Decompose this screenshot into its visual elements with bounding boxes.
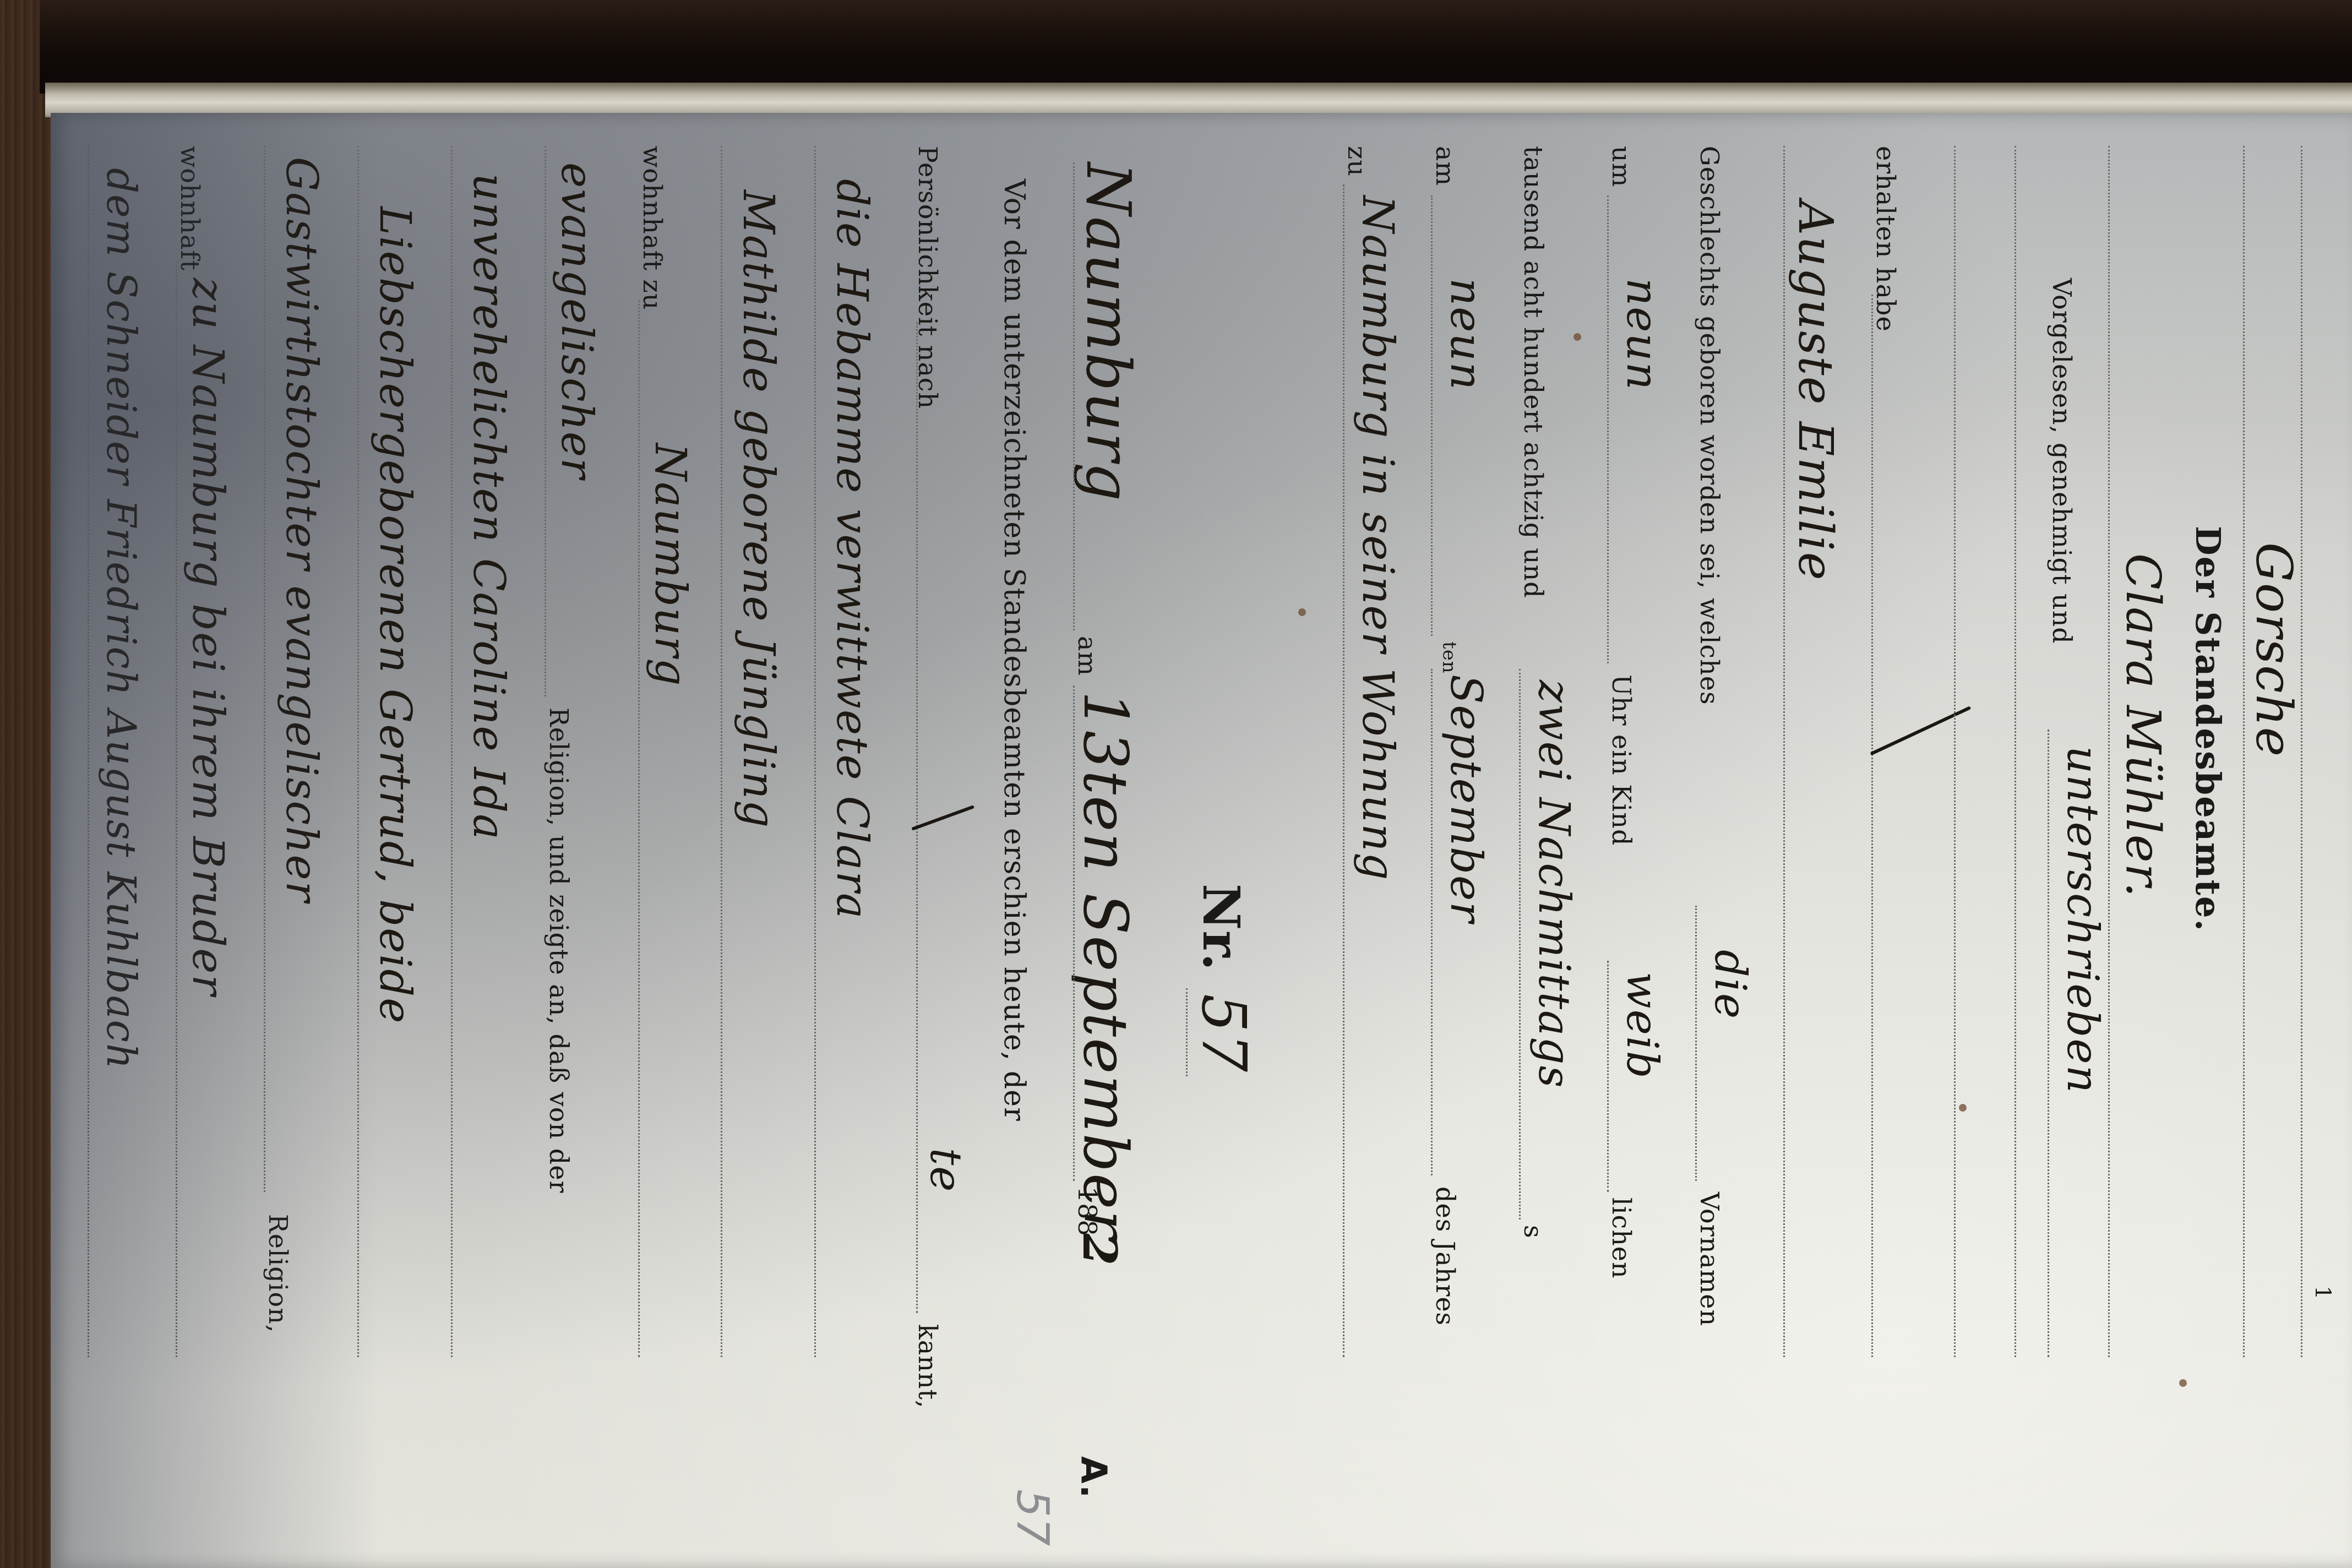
identity-suffix-hand: te	[921, 1148, 970, 1193]
mother-occupation-dotline	[264, 146, 265, 1192]
mother-occupation: Gastwirthstochter evangelischer	[276, 157, 326, 903]
birthplace-dotline	[1343, 184, 1344, 1357]
blank-cancel-stroke	[1870, 706, 1971, 755]
names-mid: die	[1705, 950, 1755, 1020]
year-words-dotline	[1519, 669, 1521, 1219]
des-jahres-label: des Jahres	[1430, 1186, 1460, 1326]
mother-dotline-2	[357, 146, 359, 1357]
book-binding-shadow	[40, 0, 2352, 94]
foxing-spot	[1574, 333, 1581, 341]
place-value: Naumburg	[1073, 162, 1144, 502]
birth-month-dotline	[1431, 669, 1433, 1175]
informant-line-1: die Hebamme verwittwete Clara	[827, 179, 876, 919]
received-label: erhalten habe	[1871, 146, 1901, 332]
mother-residence-dotline	[176, 262, 177, 1357]
birth-day-dotline	[1431, 195, 1433, 636]
mother-religion-label: Religion,	[263, 1214, 293, 1333]
sex-dotline	[1607, 961, 1609, 1192]
birthplace-value: Naumburg in seiner Wohnung	[1353, 195, 1402, 881]
date-am-label: am	[1072, 636, 1102, 676]
informant-signature-dotline	[2108, 146, 2110, 1357]
birth-month-value: September	[1441, 674, 1490, 923]
registrar-signature-dotline	[2243, 146, 2245, 1357]
informant-dotline-2	[721, 146, 722, 1357]
identity-blank-stroke	[911, 805, 974, 831]
year-words-label: tausend acht hundert achtzig und	[1518, 146, 1548, 598]
entry-number-value: 57	[1189, 994, 1259, 1073]
received-dotline	[1871, 295, 1873, 1357]
place-dotline	[1073, 162, 1075, 630]
names-label: Vornamen	[1695, 1192, 1724, 1326]
registrar-signature: Gorsche	[2245, 542, 2302, 758]
entry-number-prefix: Nr.	[1191, 884, 1251, 971]
birth-am-label: am	[1430, 146, 1460, 186]
year-words-value: zwei Nachmittags	[1529, 680, 1578, 1089]
foxing-spot	[1298, 608, 1306, 616]
entry-number-dotline	[1186, 988, 1188, 1076]
lower-form-area: zu Naumburg in seiner Wohnung am neun te…	[1251, 113, 2352, 1568]
religion-label: Religion, und zeigte an, daß von der	[544, 707, 574, 1193]
religion-dotline	[545, 146, 546, 696]
residence-dotline	[638, 300, 640, 1357]
read-approved-dotline	[2048, 729, 2049, 1357]
read-approved-value: unterschrieben	[2057, 746, 2107, 1094]
birth-hour-value: neun	[1617, 278, 1667, 391]
registrar-title: Der Standesbeamte.	[2188, 526, 2228, 932]
names-mid-dotline	[1695, 906, 1697, 1181]
page-edge-stack	[45, 83, 2352, 117]
photo-stage: A. 57 Nr. 57 Naumburg am 13ten September…	[0, 0, 2352, 1568]
residence-value: Naumburg	[645, 443, 695, 687]
residence-label: wohnhaft zu	[638, 146, 667, 310]
page-number: 1	[2310, 1286, 2335, 1300]
informant-signature: Clara Mühler.	[2115, 553, 2170, 899]
hour-um-label: um	[1607, 146, 1636, 187]
identity-suffix-print: kannt,	[913, 1324, 943, 1409]
birthplace-label: zu	[1342, 146, 1372, 177]
sex-suffix: lichen	[1607, 1197, 1636, 1279]
read-approved-label: Vorgelesen, genehmigt und	[2047, 278, 2077, 644]
birth-day-value: neun	[1441, 278, 1490, 391]
informant-dotline-1	[814, 146, 816, 1357]
birth-ten-suffix: ten	[1438, 641, 1460, 674]
foxing-spot	[1959, 1104, 1967, 1112]
blank-dotline-1	[1954, 146, 1956, 1357]
registrar-dotline-2	[2301, 146, 2302, 1357]
year-words-suffix: s	[1518, 1225, 1548, 1239]
corner-letter-a: A.	[1072, 1456, 1113, 1499]
pencil-page-annotation: 57	[1007, 1489, 1058, 1547]
foxing-spot	[2179, 1379, 2187, 1387]
child-given-names: Auguste Emilie	[1788, 201, 1843, 581]
year-handwritten-digit: 2	[1072, 1233, 1127, 1266]
sex-value: weib	[1617, 972, 1667, 1080]
mother-line-1: unverehelichten Caroline Ida	[464, 173, 513, 841]
register-page: A. 57 Nr. 57 Naumburg am 13ten September…	[0, 0, 2352, 1568]
mother-residence-dotline-2	[88, 146, 89, 1357]
birth-hour-dotline	[1607, 195, 1609, 663]
uhr-label: Uhr ein Kind	[1607, 674, 1636, 846]
mother-residence-label: wohnhaft	[175, 146, 205, 271]
informant-line-2: Mathilde geborene Jüngling	[733, 190, 783, 829]
mother-dotline-1	[451, 146, 453, 1357]
date-dotline	[1073, 685, 1075, 1181]
sex-label: Geschlechts geboren worden sei, welches	[1695, 146, 1724, 705]
identity-dotline	[916, 322, 918, 1313]
mother-residence-value: zu Naumburg bei ihrem Bruder	[183, 278, 232, 997]
date-value: 13ten September	[1070, 691, 1141, 1240]
mother-line-2: Liebschergeborenen Gertrud, beide	[370, 206, 420, 1024]
child-names-dotline	[1783, 146, 1785, 1357]
mother-residence-line-2: dem Schneider Friedrich August Kuhlbach	[98, 168, 144, 1070]
informant-religion-value: evangelischer	[552, 162, 601, 480]
year-printed-prefix: 188	[1072, 1186, 1102, 1237]
blank-dotline-2	[2015, 146, 2016, 1357]
intro-line: Vor dem unterzeichneten Standesbeamten e…	[998, 179, 1031, 1121]
